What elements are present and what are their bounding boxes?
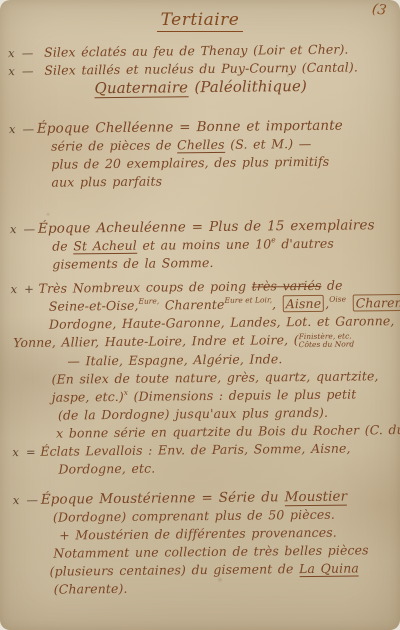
text-segment: , xyxy=(272,296,282,311)
text-segment: d'autres xyxy=(276,236,334,252)
text-segment: (Paléolithique) xyxy=(188,77,307,96)
margin-mark: x — xyxy=(0,44,36,62)
text-segment: Moustier xyxy=(284,488,347,506)
line-text: plus de 20 exemplaires, des plus primiti… xyxy=(51,153,329,174)
text-segment: + Moustérien de différentes provenances. xyxy=(59,524,337,542)
text-segment: (Dimensions : depuis le plus petit xyxy=(128,386,356,403)
text-segment: plus de 20 exemplaires, des plus primiti… xyxy=(51,154,329,172)
page-header: (3 Tertiaire xyxy=(0,0,400,40)
text-segment: Très Nombreux coups de poing xyxy=(39,279,252,296)
text-segment: (Charente). xyxy=(54,580,128,596)
text-segment: Eure, xyxy=(138,297,159,306)
manuscript-line: Dordogne, etc. xyxy=(4,456,400,478)
margin-mark: x = xyxy=(4,442,40,460)
line-text: Quaternaire (Paléolithique) xyxy=(94,77,307,97)
text-segment: — Italie, Espagne, Algérie, Inde. xyxy=(67,351,282,368)
line-text: (plusieurs centaines) du gisement de La … xyxy=(49,559,358,580)
text-segment: Dordogne, Haute-Garonne, Landes, Lot. et… xyxy=(49,313,395,332)
text-segment: Aisne xyxy=(283,295,325,312)
text-segment: Silex taillés et nucléus du Puy-Courny (… xyxy=(44,59,358,77)
text-segment: gisements de la Somme. xyxy=(52,255,213,272)
text-segment: Eure et Loir, xyxy=(224,295,272,304)
text-segment: Époque Moustérienne = Série du xyxy=(41,489,285,508)
text-segment: Quaternaire xyxy=(94,78,188,98)
text-segment: Notamment une collection de très belles … xyxy=(53,542,368,560)
line-text: Silex taillés et nucléus du Puy-Courny (… xyxy=(44,58,358,79)
margin-mark: x — xyxy=(1,120,37,138)
margin-mark: x + xyxy=(3,280,39,298)
text-segment: série de pièces de xyxy=(51,137,177,153)
page-number: (3 xyxy=(370,1,387,19)
text-segment: Éclats Levallois : Env. de Paris, Somme,… xyxy=(40,440,350,458)
text-segment xyxy=(346,296,352,311)
line-text: Yonne, Allier, Haute-Loire, Indre et Loi… xyxy=(13,330,354,352)
text-segment: et au moins une 10 xyxy=(137,236,272,252)
line-text: aux plus parfaits xyxy=(51,172,162,191)
manuscript-line: gisements de la Somme. xyxy=(2,252,400,274)
text-segment: (Dordogne) comprenant plus de 50 pièces. xyxy=(53,506,335,524)
margin-mark: x — xyxy=(2,220,38,238)
text-segment: Silex éclatés au feu de Thenay (Loir et … xyxy=(44,42,348,60)
line-text: (Charente). xyxy=(54,579,128,598)
text-segment: Oise xyxy=(329,295,346,304)
text-segment: St Acheul xyxy=(73,238,137,255)
text-segment: La Quina xyxy=(299,560,359,577)
text-segment: Seine-et-Oise, xyxy=(49,298,139,314)
text-segment: x bonne série en quartzite du Bois du Ro… xyxy=(56,421,400,440)
text-segment: Chelles xyxy=(177,137,225,153)
text-segment: Finistère, etc. Côtes du Nord xyxy=(299,332,355,350)
text-segment: jaspe, etc.) xyxy=(52,388,124,404)
text-segment: Charente Inf.re xyxy=(353,293,400,311)
text-segment: (plusieurs centaines) du gisement de xyxy=(49,561,299,579)
text-segment: Dordogne, etc. xyxy=(58,460,155,476)
margin-mark: x — xyxy=(5,490,41,508)
manuscript-line: (Charente). xyxy=(6,576,400,598)
text-segment: (S. et M.) — xyxy=(225,136,312,152)
text-segment: de xyxy=(52,238,73,253)
line-text: Dordogne, etc. xyxy=(58,459,155,478)
text-segment: (En silex de toute nature, grès, quartz,… xyxy=(51,368,378,386)
text-segment: de xyxy=(321,278,342,293)
page-title-text: Tertiaire xyxy=(157,10,244,32)
line-text: de St Acheul et au moins une 10e d'autre… xyxy=(52,235,334,256)
text-segment: très variés xyxy=(252,278,322,294)
margin-mark: x — xyxy=(0,62,36,80)
manuscript-page: (3 Tertiaire x —Silex éclatés au feu de … xyxy=(0,0,400,630)
text-segment: Charente xyxy=(159,297,224,313)
manuscript-body: x —Silex éclatés au feu de Thenay (Loir … xyxy=(0,36,400,599)
text-segment: Époque Chelléenne = Bonne et importante xyxy=(37,118,343,137)
line-text: Éclats Levallois : Env. de Paris, Somme,… xyxy=(40,439,350,460)
manuscript-line: aux plus parfaits xyxy=(1,170,400,192)
text-segment: (de la Dordogne) jusqu'aux plus grands). xyxy=(58,404,328,422)
line-text: gisements de la Somme. xyxy=(52,254,213,274)
text-segment: Yonne, Allier, Haute-Loire, Indre et Loi… xyxy=(13,332,299,350)
line-text: — Italie, Espagne, Algérie, Inde. xyxy=(67,350,282,370)
text-segment: aux plus parfaits xyxy=(51,173,162,189)
page-title: Tertiaire xyxy=(0,10,400,30)
